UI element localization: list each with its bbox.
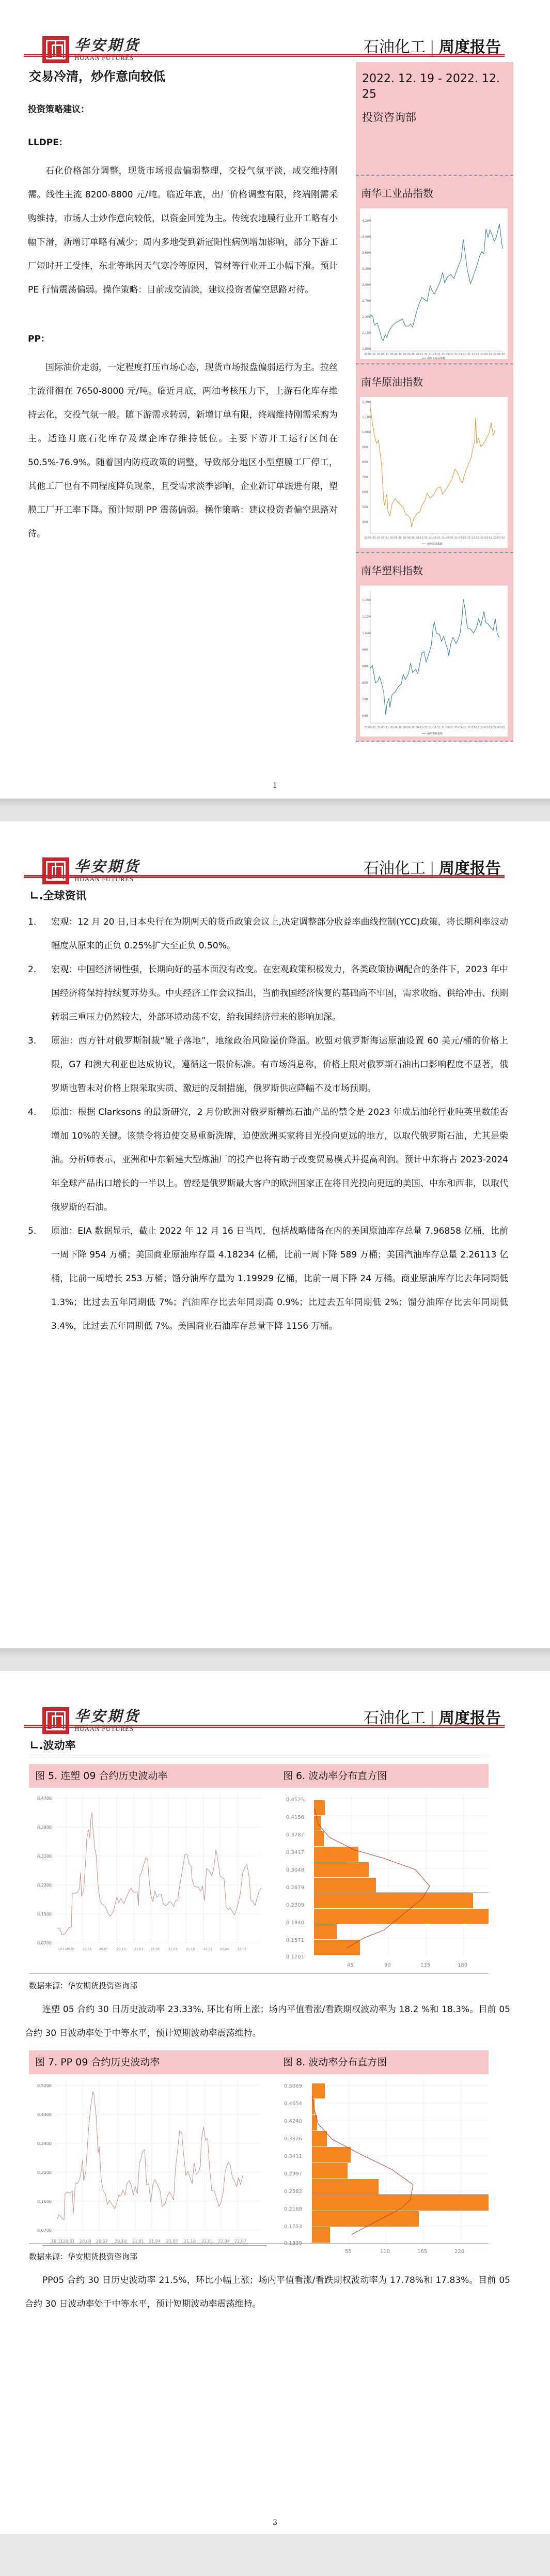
svg-text:21-12-31: 21-12-31 (467, 353, 479, 356)
svg-text:1,800: 1,800 (362, 347, 371, 351)
svg-text:2,700: 2,700 (362, 299, 371, 303)
svg-text:55: 55 (345, 2249, 352, 2255)
svg-text:400: 400 (362, 520, 368, 524)
svg-text:0.3787: 0.3787 (286, 1832, 304, 1838)
svg-text:21.10: 21.10 (186, 1948, 195, 1951)
svg-text:220: 220 (454, 2249, 464, 2255)
svg-text:0.2997: 0.2997 (284, 2171, 302, 2177)
figure-title: 图 8. 波动率分布直方图 (277, 2050, 489, 2074)
huaan-logo: 华安期货 HUAAN FUTURES (42, 1707, 140, 1734)
lldpe-paragraph: 石化价格部分调整，现货市场报盘偏弱整理，交投气氛平淡，成交维持刚需。线性主流 8… (28, 159, 338, 302)
huaan-logo: 华安期货 HUAAN FUTURES (42, 36, 140, 63)
news-item: 4. 原油：根据 Clarksons 的最新研究，2 月份欧洲对俄罗斯精炼石油产… (28, 1100, 508, 1219)
logo-cn-text: 华安期货 (74, 858, 140, 875)
svg-text:640: 640 (362, 714, 368, 718)
svg-text:800: 800 (362, 681, 368, 685)
strategy-column: 投资策略建议： LLDPE： 石化价格部分调整，现货市场报盘偏弱整理，交投气氛平… (28, 93, 338, 546)
logo-cn-text: 华安期货 (74, 1708, 140, 1725)
svg-text:1,200: 1,200 (362, 401, 371, 404)
svg-text:20.01: 20.01 (66, 1948, 75, 1951)
svg-text:0.2168: 0.2168 (284, 2206, 302, 2212)
svg-text:20.04: 20.04 (83, 1948, 91, 1951)
chart-title: 南华塑料指数 (360, 559, 509, 586)
news-number: 4. (28, 1100, 51, 1219)
pp-paragraph: 国际油价走弱，一定程度打压市场心态，现货市场报盘偏弱运行为主。拉丝主流徘徊在 7… (28, 356, 338, 546)
svg-text:南华工业品指数: 南华工业品指数 (427, 357, 445, 359)
svg-text:20-06-30: 20-06-30 (390, 536, 402, 540)
page-1: 华安期货 HUAAN FUTURES 石油化工|周度报告 交易冷清，炒作意向较低… (0, 0, 550, 799)
svg-text:20-12-31: 20-12-31 (416, 536, 428, 540)
svg-text:20.10: 20.10 (117, 1948, 125, 1951)
svg-text:21-12-31: 21-12-31 (467, 536, 479, 540)
svg-text:165: 165 (417, 2249, 427, 2255)
page-separator (0, 1648, 550, 1671)
svg-text:1,120: 1,120 (362, 615, 371, 619)
svg-text:22-03-31: 22-03-31 (480, 536, 492, 540)
svg-text:0.1940: 0.1940 (286, 1920, 304, 1926)
crude-index-chart: 1,2001,1001,000900800700600500400 20-01-… (360, 397, 508, 548)
svg-text:135: 135 (420, 1962, 430, 1968)
svg-text:800: 800 (362, 461, 368, 464)
strategy-label: 投资策略建议： (28, 93, 338, 126)
svg-text:180: 180 (458, 1962, 467, 1968)
header-rule (24, 54, 505, 57)
svg-text:0.1201: 0.1201 (286, 1954, 304, 1958)
svg-text:20-12-31: 20-12-31 (416, 353, 428, 356)
svg-text:南华原油指数: 南华原油指数 (427, 542, 443, 546)
svg-text:0.4300: 0.4300 (37, 2112, 52, 2117)
svg-text:21-03-31: 21-03-31 (429, 726, 441, 729)
pp-volatility-histogram: 0.50690.46540.42400.38260.34110.29970.25… (277, 2074, 489, 2258)
svg-text:0.1339: 0.1339 (284, 2241, 302, 2245)
news-number: 3. (28, 1029, 51, 1100)
svg-text:2,400: 2,400 (362, 315, 371, 319)
figure-7: 图 7. PP 09 合约历史波动率 0.52000.43000.34000.2… (29, 2050, 277, 2258)
svg-text:110: 110 (380, 2249, 390, 2255)
chart-block-plastic: 南华塑料指数 1,2001,1201,040960880800720640 20… (356, 552, 513, 741)
svg-text:21-09-30: 21-09-30 (454, 353, 466, 356)
report-title: 交易冷清，炒作意向较低 (29, 66, 165, 84)
svg-text:南华塑料指数: 南华塑料指数 (427, 732, 443, 735)
svg-text:0.4240: 0.4240 (284, 2119, 302, 2124)
news-number: 5. (28, 1219, 51, 1338)
date-range: 2022. 12. 19 - 2022. 12. 25 (356, 62, 513, 102)
svg-text:22-03-31: 22-03-31 (480, 353, 492, 356)
logo-mark-icon (42, 857, 69, 884)
news-list: 1. 宏观：12 月 20 日,日本央行在为期两天的货币政策会议上,决定调整部分… (28, 910, 508, 1338)
svg-text:3,000: 3,000 (362, 283, 371, 287)
svg-text:22-06-30: 22-06-30 (493, 353, 505, 356)
svg-text:2,100: 2,100 (362, 331, 371, 335)
pp-label: PP： (28, 323, 338, 356)
svg-text:960: 960 (362, 648, 368, 652)
pp-volatility-paragraph: PP05 合约 30 日历史波动率 21.5%，环比小幅上涨；场内平值看涨/看跌… (25, 2268, 510, 2316)
figure-5: 图 5. 连塑 09 合约历史波动率 0.47000.39000.31000.2… (29, 1764, 277, 1972)
news-item: 3. 原油：西方针对俄罗斯制裁“靴子落地”，地缘政治风险溢价降温。欧盟对俄罗斯海… (28, 1029, 508, 1100)
svg-text:3,600: 3,600 (362, 251, 371, 255)
svg-text:4,200: 4,200 (362, 219, 371, 223)
logo-mark-icon (42, 1707, 69, 1734)
news-number: 1. (28, 910, 51, 958)
figure-8: 图 8. 波动率分布直方图 (277, 2050, 489, 2258)
svg-text:21-03-31: 21-03-31 (429, 536, 441, 540)
svg-text:900: 900 (362, 446, 368, 449)
svg-text:3,300: 3,300 (362, 267, 371, 271)
svg-text:0.3417: 0.3417 (286, 1850, 304, 1856)
svg-text:0.3411: 0.3411 (284, 2154, 302, 2159)
figure-row-lldpe: 图 5. 连塑 09 合约历史波动率 0.47000.39000.31000.2… (29, 1764, 489, 1972)
svg-text:500: 500 (362, 505, 368, 509)
chart-block-crude: 南华原油指数 1,2001,1001,000900800700600500400… (356, 363, 513, 552)
svg-text:1,000: 1,000 (362, 431, 371, 434)
svg-text:0.2500: 0.2500 (37, 2170, 52, 2175)
svg-text:20-03-31: 20-03-31 (377, 726, 389, 729)
lldpe-volatility-paragraph: 连塑 05 合约 30 日历史波动率 23.33%, 环比有所上涨；场内平值看涨… (25, 1998, 510, 2045)
svg-text:0.2582: 0.2582 (284, 2189, 302, 2195)
svg-text:1,040: 1,040 (362, 632, 371, 635)
svg-text:20-09-30: 20-09-30 (403, 536, 415, 540)
svg-text:21.07: 21.07 (168, 1948, 177, 1951)
logo-cn-text: 华安期货 (74, 37, 140, 54)
news-text: 原油：EIA 数据显示，截止 2022 年 12 月 16 日当周，包括战略储备… (51, 1219, 508, 1338)
svg-text:20-01-02: 20-01-02 (364, 726, 376, 729)
news-text: 宏观：中国经济韧性强，长期向好的基本面没有改变。在宏观政策积极发力，各类政策协调… (51, 958, 508, 1029)
chart-title: 南华工业品指数 (360, 182, 509, 208)
svg-text:21-06-30: 21-06-30 (442, 353, 453, 356)
svg-text:0.1600: 0.1600 (37, 2199, 52, 2204)
lldpe-volatility-histogram: 0.45250.41560.37870.34170.30480.26790.23… (277, 1788, 489, 1972)
section-heading-volatility: ∟.波动率 (30, 1737, 76, 1753)
section-heading-global-news: ∟.全球资讯 (30, 887, 87, 903)
svg-text:720: 720 (362, 698, 368, 701)
svg-text:19.11: 19.11 (58, 1948, 67, 1951)
sidebar: 2022. 12. 19 - 2022. 12. 25 投资咨询部 南华工业品指… (356, 62, 513, 742)
svg-text:20.07: 20.07 (99, 1948, 108, 1951)
svg-text:20-01-02: 20-01-02 (364, 353, 376, 356)
huaan-logo: 华安期货 HUAAN FUTURES (42, 857, 140, 884)
svg-text:45: 45 (347, 1962, 354, 1968)
pp-volatility-chart: 0.52000.43000.34000.25000.16000.0700 19.… (29, 2074, 277, 2252)
svg-text:0.4525: 0.4525 (286, 1797, 304, 1803)
page-header: 华安期货 HUAAN FUTURES 石油化工|周度报告 (0, 1671, 550, 1727)
data-source-note: 数据来源：华安期货投资咨询部 (29, 2251, 137, 2262)
figure-title: 图 5. 连塑 09 合约历史波动率 (29, 1764, 277, 1788)
chart-title: 南华原油指数 (360, 371, 509, 397)
svg-text:21-09-30: 21-09-30 (454, 536, 466, 540)
data-source-note: 数据来源：华安期货投资咨询部 (29, 1980, 137, 1991)
page-number: 1 (0, 781, 550, 790)
department-label: 投资咨询部 (356, 102, 513, 175)
svg-text:22.01: 22.01 (203, 1948, 212, 1951)
industrial-index-chart: 4,2003,9003,6003,3003,0002,7002,4002,100… (360, 208, 508, 359)
svg-text:22-03-31: 22-03-31 (480, 726, 492, 729)
news-item: 1. 宏观：12 月 20 日,日本央行在为期两天的货币政策会议上,决定调整部分… (28, 910, 508, 958)
logo-mark-icon (42, 36, 69, 63)
svg-text:0.0700: 0.0700 (37, 1941, 52, 1945)
svg-text:21.01: 21.01 (134, 1948, 143, 1951)
header-rule (24, 875, 505, 878)
page-separator (0, 799, 550, 821)
news-text: 原油：根据 Clarksons 的最新研究，2 月份欧洲对俄罗斯精炼石油产品的禁… (51, 1100, 508, 1219)
svg-text:0.3400: 0.3400 (37, 2141, 52, 2146)
svg-text:0.5069: 0.5069 (284, 2083, 302, 2089)
svg-text:1,200: 1,200 (362, 599, 371, 602)
svg-text:21-06-30: 21-06-30 (442, 726, 453, 729)
svg-text:22.07: 22.07 (238, 1948, 246, 1951)
news-text: 宏观：12 月 20 日,日本央行在为期两天的货币政策会议上,决定调整部分收益率… (51, 910, 508, 958)
news-item: 5. 原油：EIA 数据显示，截止 2022 年 12 月 16 日当周，包括战… (28, 1219, 508, 1338)
svg-text:600: 600 (362, 490, 368, 494)
svg-text:0.0700: 0.0700 (37, 2228, 52, 2233)
page-3: 华安期货 HUAAN FUTURES 石油化工|周度报告 ∟.波动率 图 5. … (0, 1671, 550, 2534)
svg-text:880: 880 (362, 665, 368, 668)
svg-text:20-06-30: 20-06-30 (390, 726, 402, 729)
page-header: 华安期货 HUAAN FUTURES 石油化工|周度报告 (0, 821, 550, 877)
svg-text:3,900: 3,900 (362, 235, 371, 239)
svg-text:0.2679: 0.2679 (286, 1885, 304, 1891)
svg-text:1,100: 1,100 (362, 416, 371, 419)
svg-text:90: 90 (384, 1962, 391, 1968)
svg-text:0.1571: 0.1571 (286, 1938, 304, 1943)
news-number: 2. (28, 958, 51, 1029)
svg-text:21-12-31: 21-12-31 (467, 726, 479, 729)
news-item: 2. 宏观：中国经济韧性强，长期向好的基本面没有改变。在宏观政策积极发力，各类政… (28, 958, 508, 1029)
lldpe-volatility-chart: 0.47000.39000.31000.23000.15000.0700 19.… (29, 1788, 277, 1955)
svg-text:20-09-30: 20-09-30 (403, 353, 415, 356)
svg-text:0.3826: 0.3826 (284, 2136, 302, 2142)
plastic-index-chart: 1,2001,1201,040960880800720640 20-01-022… (360, 586, 508, 737)
svg-text:20-06-30: 20-06-30 (390, 353, 402, 356)
svg-text:21-03-31: 21-03-31 (429, 353, 441, 356)
svg-text:0.4156: 0.4156 (286, 1815, 304, 1820)
svg-text:20-01-02: 20-01-02 (364, 536, 376, 540)
svg-text:20-09-30: 20-09-30 (403, 726, 415, 729)
svg-text:22-07-01: 22-07-01 (493, 726, 505, 729)
svg-text:700: 700 (362, 476, 368, 479)
page-header: 华安期货 HUAAN FUTURES 石油化工|周度报告 (0, 0, 550, 56)
svg-text:22.04: 22.04 (220, 1948, 229, 1951)
figure-title: 图 7. PP 09 合约历史波动率 (29, 2050, 277, 2074)
chart-block-industrial: 南华工业品指数 4,2003,9003,6003,3003,0002,7002,… (356, 175, 513, 363)
svg-text:21.04: 21.04 (151, 1948, 160, 1951)
svg-text:22-07-01: 22-07-01 (493, 536, 505, 540)
svg-text:0.2300: 0.2300 (37, 1883, 52, 1888)
figure-row-pp: 图 7. PP 09 合约历史波动率 0.52000.43000.34000.2… (29, 2050, 489, 2258)
svg-text:0.2309: 0.2309 (286, 1903, 304, 1908)
svg-text:21-09-30: 21-09-30 (454, 726, 466, 729)
figure-title: 图 6. 波动率分布直方图 (277, 1764, 489, 1788)
svg-text:0.3100: 0.3100 (37, 1854, 52, 1859)
figure-6: 图 6. 波动率分布直方图 (277, 1764, 489, 1972)
svg-text:20-12-31: 20-12-31 (416, 726, 428, 729)
svg-text:20-03-31: 20-03-31 (377, 353, 389, 356)
svg-text:20-03-31: 20-03-31 (377, 536, 389, 540)
svg-text:0.4654: 0.4654 (284, 2101, 302, 2107)
header-rule (24, 1725, 505, 1728)
svg-text:0.1500: 0.1500 (37, 1912, 52, 1916)
page-number: 3 (0, 2519, 550, 2527)
svg-text:0.5200: 0.5200 (37, 2083, 52, 2088)
news-text: 原油：西方针对俄罗斯制裁“靴子落地”，地缘政治风险溢价降温。欧盟对俄罗斯海运原油… (51, 1029, 508, 1100)
svg-text:0.4700: 0.4700 (37, 1796, 52, 1801)
svg-text:0.3900: 0.3900 (37, 1825, 52, 1830)
svg-text:0.3048: 0.3048 (286, 1867, 304, 1873)
page-2: 华安期货 HUAAN FUTURES 石油化工|周度报告 ∟.全球资讯 1. 宏… (0, 821, 550, 1648)
lldpe-label: LLDPE： (28, 126, 338, 159)
svg-text:21-06-30: 21-06-30 (442, 536, 453, 540)
svg-text:0.1753: 0.1753 (284, 2224, 302, 2230)
